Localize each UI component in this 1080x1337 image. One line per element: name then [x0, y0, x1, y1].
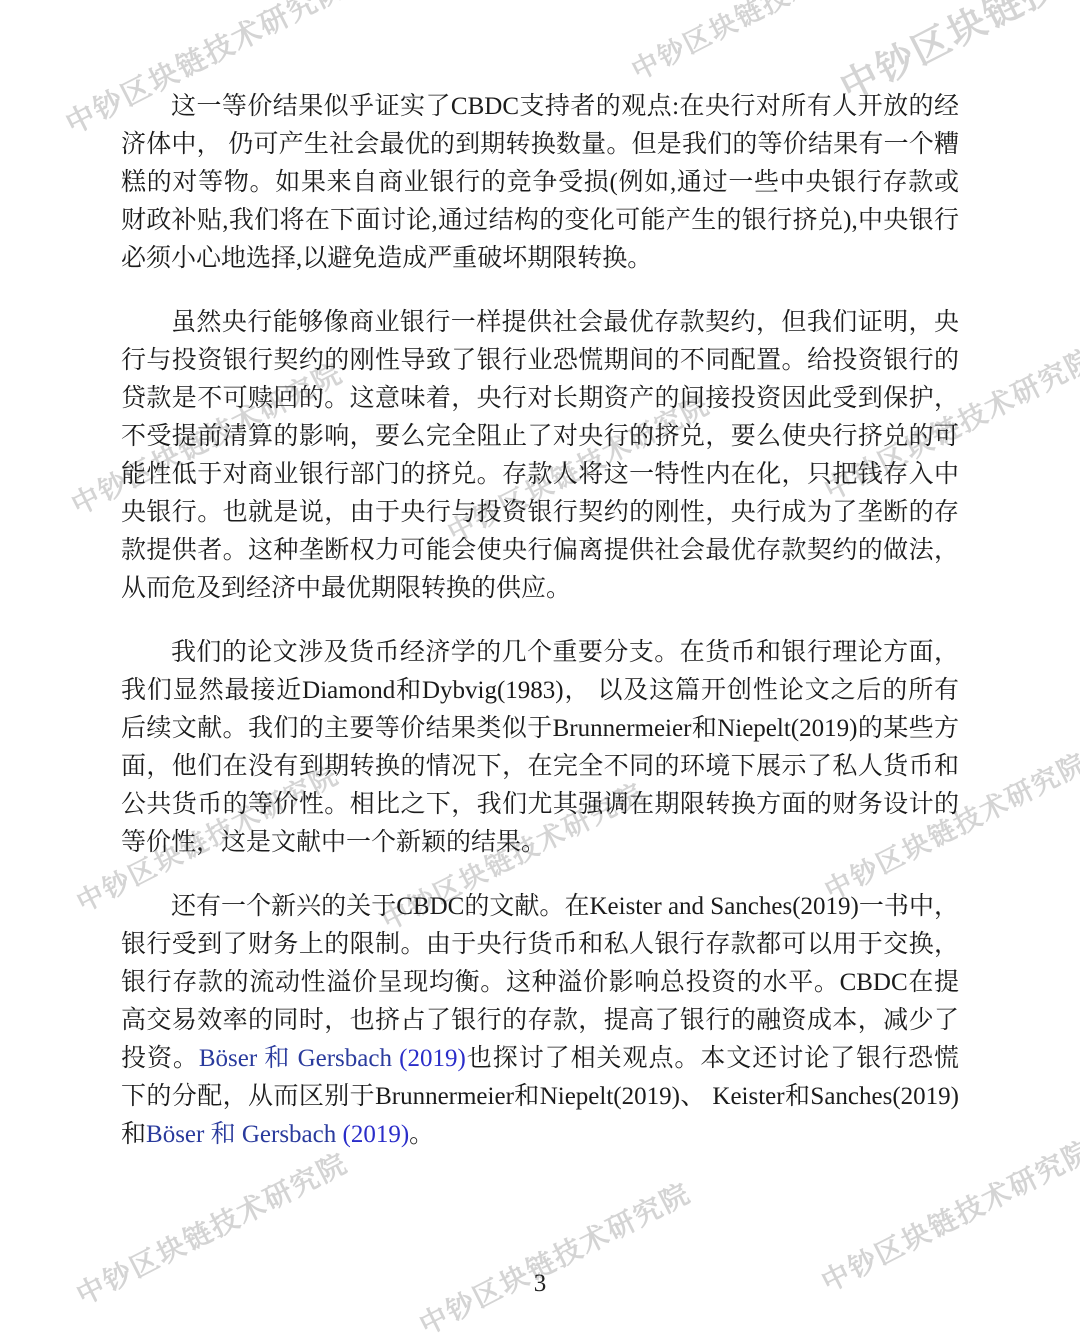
paragraph: 我们的论文涉及货币经济学的几个重要分支。在货币和银行理论方面，我们显然最接近Di… [121, 634, 959, 862]
citation-link[interactable]: Böser 和 Gersbach [146, 1121, 342, 1148]
document-body: 这一等价结果似乎证实了CBDC支持者的观点:在央行对所有人开放的经济体中， 仍可… [121, 88, 959, 1180]
paragraph-text: 。 [409, 1121, 434, 1148]
paragraph: 还有一个新兴的关于CBDC的文献。在Keister and Sanches(20… [121, 888, 959, 1154]
citation-link[interactable]: Böser 和 Gersbach [199, 1045, 399, 1072]
page-number: 3 [0, 1270, 1080, 1298]
paragraph: 这一等价结果似乎证实了CBDC支持者的观点:在央行对所有人开放的经济体中， 仍可… [121, 88, 959, 278]
citation-year-link[interactable]: (2019) [399, 1045, 466, 1072]
paragraph-text: 我们的论文涉及货币经济学的几个重要分支。在货币和银行理论方面，我们显然最接近Di… [121, 639, 959, 856]
paragraph-text: 这一等价结果似乎证实了CBDC支持者的观点:在央行对所有人开放的经济体中， 仍可… [121, 93, 959, 272]
citation-year-link[interactable]: (2019) [343, 1121, 410, 1148]
paragraph-text: 虽然央行能够像商业银行一样提供社会最优存款契约，但我们证明，央行与投资银行契约的… [121, 309, 959, 602]
paragraph: 虽然央行能够像商业银行一样提供社会最优存款契约，但我们证明，央行与投资银行契约的… [121, 304, 959, 608]
watermark-text: 中钞区块链技术研究院 [415, 1179, 695, 1337]
watermark-text: 中钞区块链技术研究院 [628, 0, 899, 85]
